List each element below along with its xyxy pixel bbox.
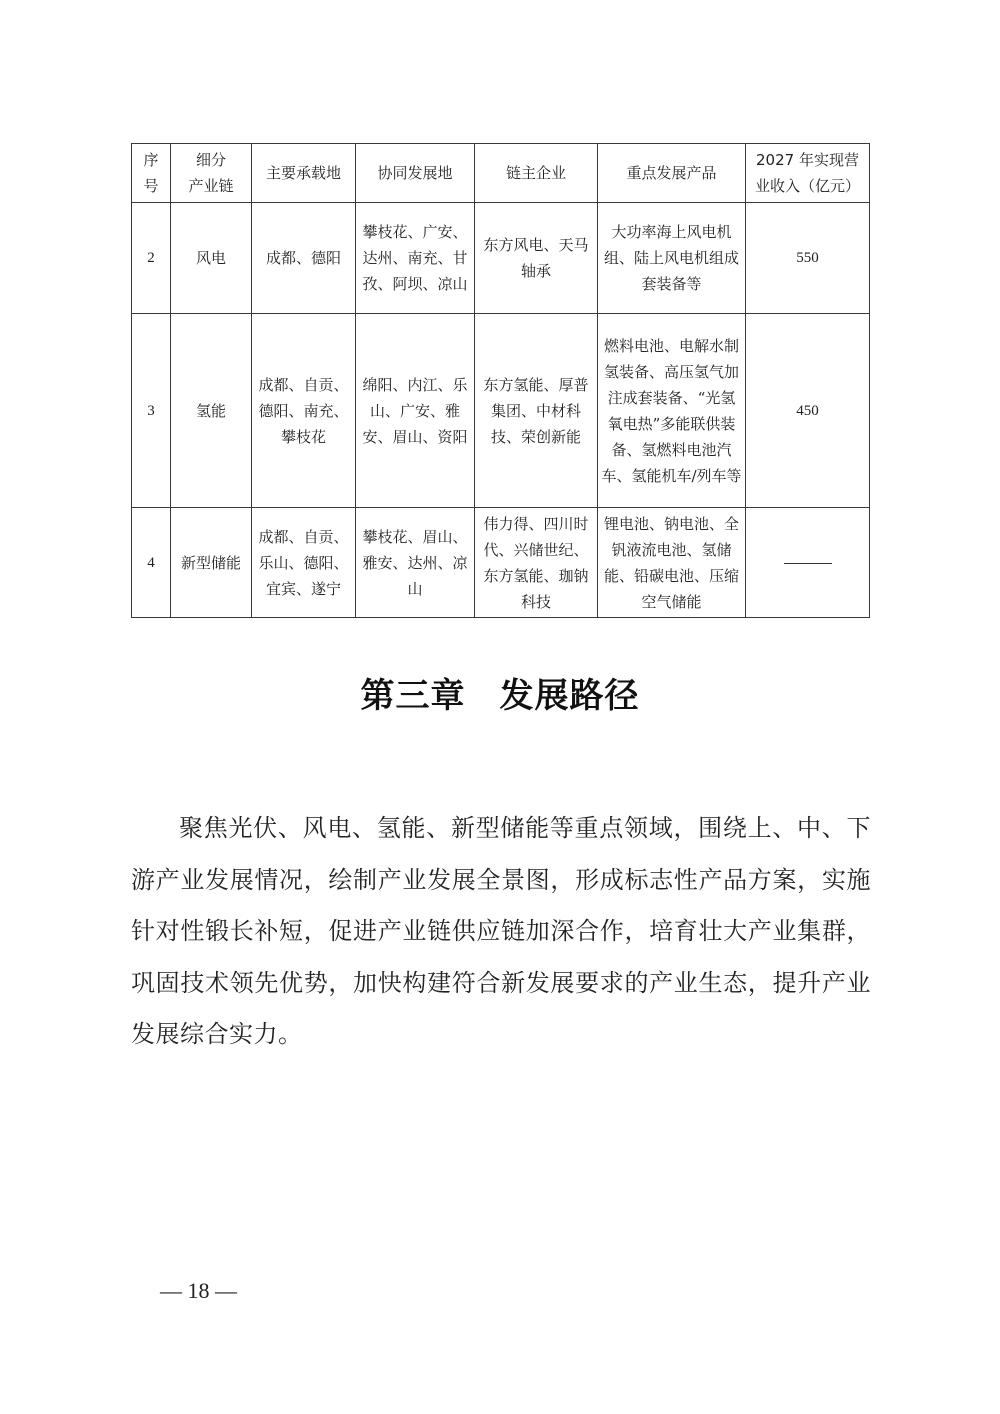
table-row: 2 风电 成都、德阳 攀枝花、广安、达州、南充、甘孜、阿坝、凉山 东方风电、天马… [132,203,870,314]
table-row: 4 新型储能 成都、自贡、乐山、德阳、宜宾、遂宁 攀枝花、眉山、雅安、达州、凉山… [132,508,870,618]
row-revenue: 450 [746,314,870,508]
header-partner-sites: 协同发展地 [356,144,475,203]
row-main-sites: 成都、自贡、乐山、德阳、宜宾、遂宁 [252,508,356,618]
header-main-sites: 主要承载地 [252,144,356,203]
body-paragraph: 聚焦光伏、风电、氢能、新型储能等重点领域，围绕上、中、下游产业发展情况，绘制产业… [131,803,871,1061]
row-index: 3 [132,314,171,508]
row-key-products: 锂电池、钠电池、全钒液流电池、氢储能、铅碳电池、压缩空气储能 [598,508,746,618]
table-row: 3 氢能 成都、自贡、德阳、南充、攀枝花 绵阳、内江、乐山、广安、雅安、眉山、资… [132,314,870,508]
row-chain: 新型储能 [171,508,252,618]
row-index: 4 [132,508,171,618]
row-chain: 氢能 [171,314,252,508]
row-leading-firms: 伟力得、四川时代、兴储世纪、东方氢能、珈钠科技 [475,508,598,618]
row-key-products: 燃料电池、电解水制氢装备、高压氢气加注成套装备、“光氢氧电热”多能联供装备、氢燃… [598,314,746,508]
header-index: 序号 [132,144,171,203]
row-revenue [746,508,870,618]
row-index: 2 [132,203,171,314]
header-revenue-2027: 2027 年实现营业收入（亿元） [746,144,870,203]
row-leading-firms: 东方风电、天马轴承 [475,203,598,314]
em-dash-placeholder [784,563,832,564]
row-partner-sites: 攀枝花、广安、达州、南充、甘孜、阿坝、凉山 [356,203,475,314]
header-chain: 细分产业链 [171,144,252,203]
chapter-number: 第三章 [361,676,466,716]
row-main-sites: 成都、自贡、德阳、南充、攀枝花 [252,314,356,508]
table-header-row: 序号 细分产业链 主要承载地 协同发展地 链主企业 重点发展产品 2027 年实… [132,144,870,203]
header-leading-firms: 链主企业 [475,144,598,203]
row-leading-firms: 东方氢能、厚普集团、中材科技、荣创新能 [475,314,598,508]
page-number: — 18 — [160,1278,237,1304]
document-page: 序号 细分产业链 主要承载地 协同发展地 链主企业 重点发展产品 2027 年实… [0,0,1000,1414]
row-partner-sites: 绵阳、内江、乐山、广安、雅安、眉山、资阳 [356,314,475,508]
row-key-products: 大功率海上风电机组、陆上风电机组成套装备等 [598,203,746,314]
chapter-title: 发展路径 [500,676,640,716]
header-key-products: 重点发展产品 [598,144,746,203]
industry-chain-table: 序号 细分产业链 主要承载地 协同发展地 链主企业 重点发展产品 2027 年实… [131,143,870,618]
row-revenue: 550 [746,203,870,314]
row-partner-sites: 攀枝花、眉山、雅安、达州、凉山 [356,508,475,618]
row-chain: 风电 [171,203,252,314]
row-main-sites: 成都、德阳 [252,203,356,314]
chapter-heading: 第三章发展路径 [0,668,1000,717]
